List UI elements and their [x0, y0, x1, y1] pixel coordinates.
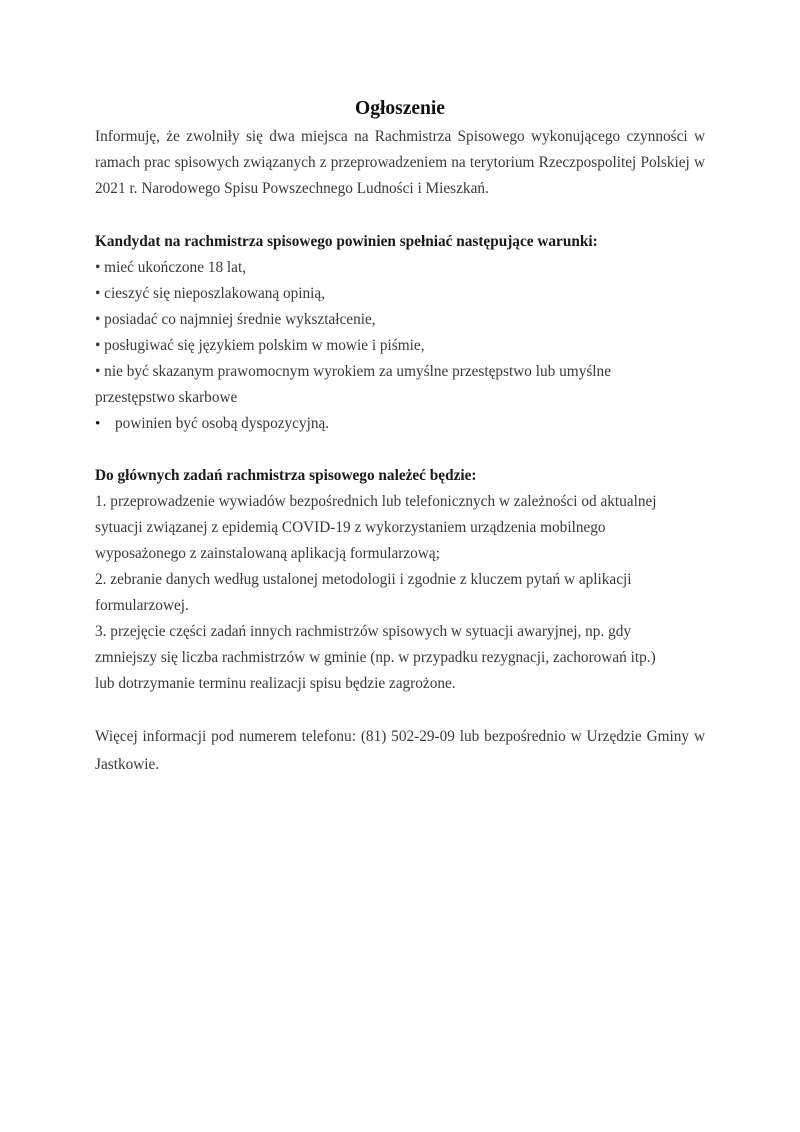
- duty-line: wyposażonego z zainstalowaną aplikacją f…: [95, 541, 705, 567]
- requirements-heading: Kandydat na rachmistrza spisowego powini…: [95, 229, 705, 255]
- contact-paragraph: Więcej informacji pod numerem telefonu: …: [95, 723, 705, 779]
- intro-paragraph: Informuję, że zwolniły się dwa miejsca n…: [95, 124, 705, 203]
- spacer: [95, 203, 705, 229]
- duty-line: 1. przeprowadzenie wywiadów bezpośrednic…: [95, 489, 705, 515]
- duty-line: lub dotrzymanie terminu realizacji spisu…: [95, 671, 705, 697]
- list-item: • mieć ukończone 18 lat,: [95, 255, 705, 281]
- bullet-icon: •: [95, 411, 115, 437]
- list-item-continuation: przestępstwo skarbowe: [95, 385, 705, 411]
- duty-line: 3. przejęcie części zadań innych rachmis…: [95, 619, 705, 645]
- duty-line: sytuacji związanej z epidemią COVID-19 z…: [95, 515, 705, 541]
- list-item: • powinien być osobą dyspozycyjną.: [95, 411, 705, 437]
- duties-list: 1. przeprowadzenie wywiadów bezpośrednic…: [95, 489, 705, 697]
- list-item: • posiadać co najmniej średnie wykształc…: [95, 307, 705, 333]
- requirements-list: • mieć ukończone 18 lat, • cieszyć się n…: [95, 255, 705, 437]
- announcement-page: Ogłoszenie Informuję, że zwolniły się dw…: [95, 96, 705, 779]
- spacer: [95, 437, 705, 463]
- page-title: Ogłoszenie: [95, 96, 705, 122]
- list-item: • cieszyć się nieposzlakowaną opinią,: [95, 281, 705, 307]
- list-item: • nie być skazanym prawomocnym wyrokiem …: [95, 359, 705, 385]
- duty-line: zmniejszy się liczba rachmistrzów w gmin…: [95, 645, 705, 671]
- spacer: [95, 697, 705, 723]
- duty-line: formularzowej.: [95, 593, 705, 619]
- list-item-text: powinien być osobą dyspozycyjną.: [115, 411, 329, 437]
- duty-line: 2. zebranie danych według ustalonej meto…: [95, 567, 705, 593]
- list-item: • posługiwać się językiem polskim w mowi…: [95, 333, 705, 359]
- duties-heading: Do głównych zadań rachmistrza spisowego …: [95, 463, 705, 489]
